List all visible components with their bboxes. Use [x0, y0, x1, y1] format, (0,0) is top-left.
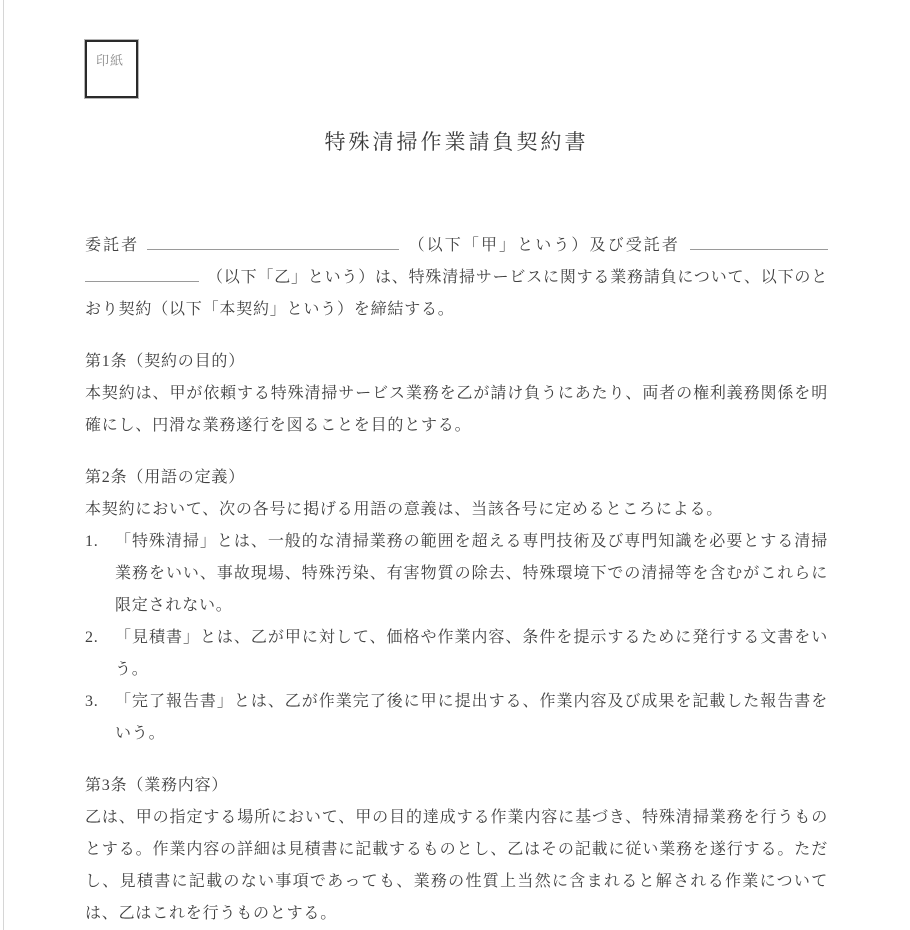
page-edge-line [3, 0, 4, 930]
list-item-number: 2. [85, 622, 115, 686]
page-title: 特殊清掃作業請負契約書 [85, 130, 828, 154]
article-3: 第3条（業務内容） 乙は、甲の指定する場所において、甲の目的達成する作業内容に基… [85, 770, 828, 930]
article-2-body: 本契約において、次の各号に掲げる用語の意義は、当該各号に定めるところによる。 [85, 494, 828, 526]
list-item: 2. 「見積書」とは、乙が甲に対して、価格や作業内容、条件を提示するために発行す… [85, 622, 828, 686]
article-3-body: 乙は、甲の指定する場所において、甲の目的達成する作業内容に基づき、特殊清掃業務を… [85, 802, 828, 930]
preamble-consignor-label: 委託者 [85, 237, 139, 254]
article-3-heading: 第3条（業務内容） [85, 770, 828, 802]
list-item: 3. 「完了報告書」とは、乙が作業完了後に甲に提出する、作業内容及び成果を記載し… [85, 686, 828, 750]
preamble-party-a-clause: （以下「甲」という）及び受託者 [407, 237, 680, 254]
preamble: 委託者（以下「甲」という）及び受託者（以下「乙」という）は、特殊清掃サービスに関… [85, 230, 828, 326]
fill-in-blank-contractor-name-1 [690, 235, 828, 250]
list-item-text: 「見積書」とは、乙が甲に対して、価格や作業内容、条件を提示するために発行する文書… [115, 622, 828, 686]
fill-in-blank-contractor-name-2 [85, 267, 199, 282]
list-item-text: 「完了報告書」とは、乙が作業完了後に甲に提出する、作業内容及び成果を記載した報告… [115, 686, 828, 750]
fill-in-blank-consignor-name [147, 235, 399, 250]
article-1-body: 本契約は、甲が依頼する特殊清掃サービス業務を乙が請け負うにあたり、両者の権利義務… [85, 378, 828, 442]
article-2: 第2条（用語の定義） 本契約において、次の各号に掲げる用語の意義は、当該各号に定… [85, 462, 828, 750]
article-2-heading: 第2条（用語の定義） [85, 462, 828, 494]
contract-document: 印紙 特殊清掃作業請負契約書 委託者（以下「甲」という）及び受託者（以下「乙」と… [85, 0, 828, 930]
list-item-number: 3. [85, 686, 115, 750]
revenue-stamp-label: 印紙 [96, 53, 124, 68]
article-1-heading: 第1条（契約の目的） [85, 346, 828, 378]
list-item: 1. 「特殊清掃」とは、一般的な清掃業務の範囲を超える専門技術及び専門知識を必要… [85, 526, 828, 622]
article-1: 第1条（契約の目的） 本契約は、甲が依頼する特殊清掃サービス業務を乙が請け負うに… [85, 346, 828, 442]
revenue-stamp-box: 印紙 [85, 40, 138, 98]
list-item-text: 「特殊清掃」とは、一般的な清掃業務の範囲を超える専門技術及び専門知識を必要とする… [115, 526, 828, 622]
definition-list: 1. 「特殊清掃」とは、一般的な清掃業務の範囲を超える専門技術及び専門知識を必要… [85, 526, 828, 750]
list-item-number: 1. [85, 526, 115, 622]
